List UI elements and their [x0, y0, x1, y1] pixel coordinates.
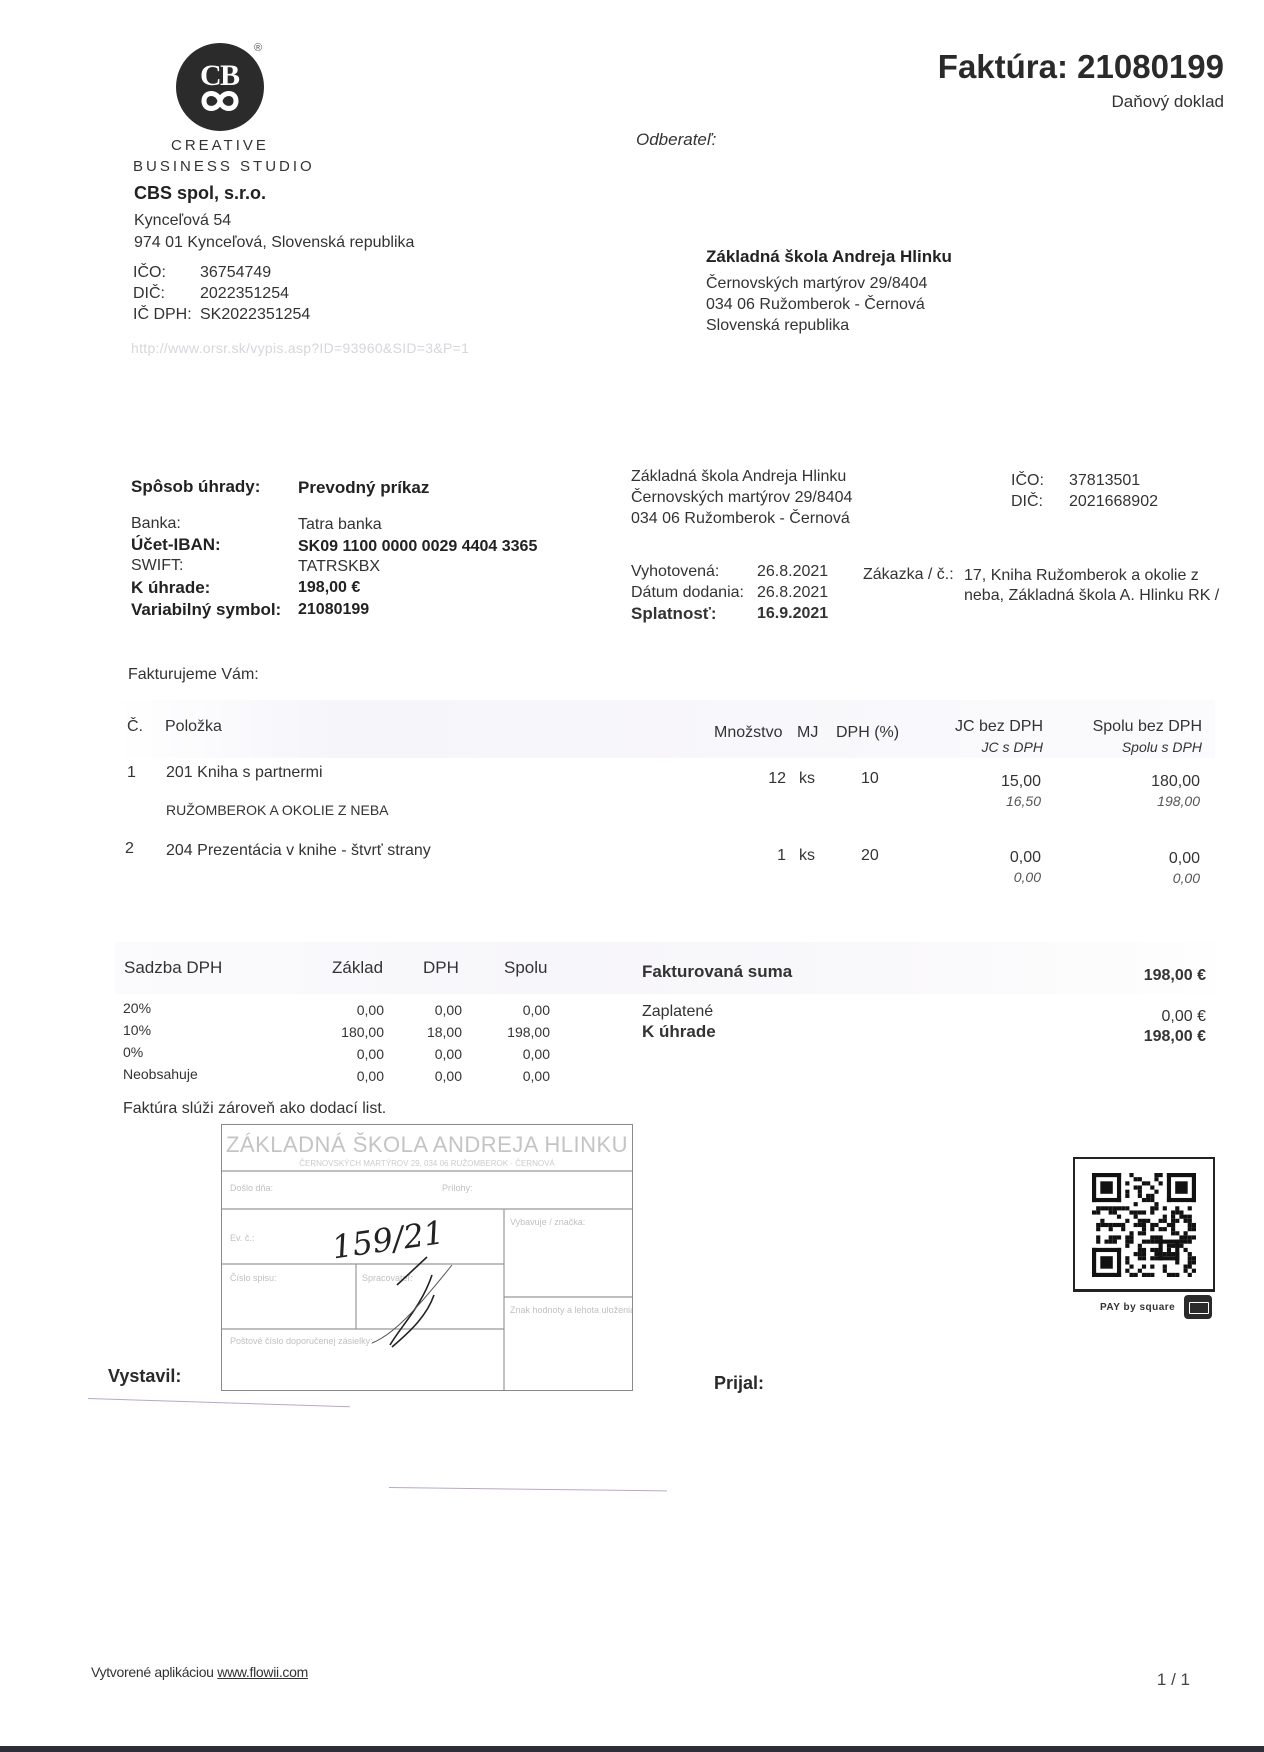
row2-vat: 20	[861, 847, 879, 865]
col-total: Spolu bez DPH	[1093, 718, 1202, 736]
supplier-dic-value: 2022351254	[200, 285, 289, 303]
row1-qty: 12	[768, 770, 786, 788]
received-by-label: Prijal:	[714, 1373, 764, 1394]
row2-total: 0,00	[1169, 850, 1200, 868]
svg-text:159/21: 159/21	[330, 1213, 447, 1266]
row1-no: 1	[127, 764, 136, 782]
invoiced-sum-value: 198,00 €	[1144, 967, 1206, 985]
vat-row-vat: 0,00	[435, 1002, 462, 1018]
vat-col-base: Základ	[332, 958, 383, 978]
row1-unit-price-vat: 16,50	[1006, 793, 1041, 809]
customer-city: 034 06 Ružomberok - Černová	[706, 296, 925, 314]
due-label: K úhrade	[642, 1022, 716, 1042]
vat-row-base: 0,00	[357, 1046, 384, 1062]
invoiced-sum-label: Fakturovaná suma	[642, 962, 792, 982]
col-item: Položka	[165, 718, 222, 736]
issue-date-value: 26.8.2021	[757, 563, 828, 581]
invoice-subtitle: Daňový doklad	[1112, 92, 1224, 112]
row1-total-vat: 198,00	[1157, 793, 1200, 809]
iban-value: SK09 1100 0000 0029 4404 3365	[298, 538, 537, 556]
row1-unit-price: 15,00	[1001, 773, 1041, 791]
footer-created-text: Vytvorené aplikáciou	[91, 1664, 214, 1680]
svg-text:Ev. č.:: Ev. č.:	[230, 1233, 254, 1243]
bank-label: Banka:	[131, 515, 181, 533]
due-value: 198,00 €	[1144, 1028, 1206, 1046]
flowii-link[interactable]: www.flowii.com	[217, 1664, 308, 1680]
svg-text:Znak hodnoty a lehota uloženia: Znak hodnoty a lehota uloženia:	[510, 1305, 632, 1315]
brand-line-1: CREATIVE	[171, 137, 269, 154]
svg-text:B: B	[220, 59, 240, 92]
vat-col-total: Spolu	[504, 958, 547, 978]
vat-row-total: 0,00	[523, 1046, 550, 1062]
supplier-street: Kynceľová 54	[134, 212, 231, 230]
items-header-band	[115, 700, 1215, 758]
swift-value: TATRSKBX	[298, 558, 380, 576]
supplier-ico-value: 36754749	[200, 264, 271, 282]
vat-row-rate: 0%	[123, 1044, 143, 1060]
row2-qty: 1	[777, 847, 786, 865]
row1-total: 180,00	[1151, 773, 1200, 791]
col-qty: Množstvo	[714, 724, 782, 742]
issue-date-label: Vyhotovená:	[631, 563, 719, 581]
items-intro: Fakturujeme Vám:	[128, 666, 259, 684]
customer-label: Odberateľ:	[636, 130, 716, 150]
svg-text:C: C	[200, 59, 222, 92]
row2-unit-price: 0,00	[1010, 849, 1041, 867]
svg-text:Prílohy:: Prílohy:	[442, 1183, 473, 1193]
col-unit: MJ	[797, 724, 818, 742]
vat-row-rate: Neobsahuje	[123, 1066, 198, 1082]
customer-country: Slovenská republika	[706, 317, 849, 335]
supplier-icdph-label: IČ DPH:	[133, 306, 192, 324]
payment-method-label: Spôsob úhrady:	[131, 477, 260, 497]
scan-edge	[0, 1746, 1264, 1752]
customer-name: Základná škola Andreja Hlinku	[706, 247, 952, 267]
col-unit-price: JC bez DPH	[955, 718, 1043, 736]
col-no: Č.	[127, 718, 143, 736]
variable-symbol-label: Variabilný symbol:	[131, 600, 281, 620]
qr-code-icon	[1092, 1173, 1196, 1277]
billing-ico-label: IČO:	[1011, 472, 1044, 490]
row2-unit: ks	[799, 847, 815, 865]
row2-name: 204 Prezentácia v knihe - štvrť strany	[166, 842, 431, 860]
issued-signature-line	[88, 1398, 350, 1407]
issued-by-label: Vystavil:	[108, 1366, 181, 1387]
vat-row-rate: 10%	[123, 1022, 151, 1038]
svg-text:ZÁKLADNÁ ŠKOLA ANDREJA HLINKU: ZÁKLADNÁ ŠKOLA ANDREJA HLINKU	[226, 1132, 628, 1157]
due-date-label: Splatnosť:	[631, 604, 717, 624]
iban-label: Účet-IBAN:	[131, 535, 221, 555]
vat-row-base: 0,00	[357, 1068, 384, 1084]
vat-row-vat: 0,00	[435, 1046, 462, 1062]
supplier-name: CBS spol, s.r.o.	[134, 183, 266, 204]
vat-row-base: 180,00	[341, 1024, 384, 1040]
row1-name: 201 Kniha s partnermi	[166, 764, 323, 782]
svg-text:Vybavuje / značka:: Vybavuje / značka:	[510, 1217, 585, 1227]
row1-note: RUŽOMBEROK A OKOLIE Z NEBA	[166, 802, 389, 818]
vat-row-total: 0,00	[523, 1068, 550, 1084]
paid-value: 0,00 €	[1162, 1008, 1206, 1026]
billing-ico-value: 37813501	[1069, 472, 1140, 490]
footer-credit: Vytvorené aplikáciou www.flowii.com	[91, 1664, 308, 1680]
received-signature-line	[389, 1487, 667, 1491]
vat-row-vat: 0,00	[435, 1068, 462, 1084]
row1-unit: ks	[799, 770, 815, 788]
billing-name: Základná škola Andreja Hlinku	[631, 468, 846, 486]
invoice-title: Faktúra: 21080199	[938, 48, 1224, 86]
variable-symbol-value: 21080199	[298, 601, 369, 619]
cbs-logo-icon: C B	[176, 43, 264, 131]
supplier-icdph-value: SK2022351254	[200, 306, 310, 324]
swift-label: SWIFT:	[131, 557, 183, 575]
registry-stamp: ZÁKLADNÁ ŠKOLA ANDREJA HLINKU ČERNOVSKÝC…	[221, 1124, 633, 1391]
svg-text:Poštové číslo doporučenej zási: Poštové číslo doporučenej zásielky:	[230, 1336, 373, 1346]
vat-row-base: 0,00	[357, 1002, 384, 1018]
qr-caption: PAY by square	[1100, 1302, 1175, 1313]
paid-label: Zaplatené	[642, 1003, 713, 1021]
bank-value: Tatra banka	[298, 516, 382, 534]
card-icon	[1184, 1295, 1212, 1319]
row2-total-vat: 0,00	[1173, 870, 1200, 886]
billing-street: Černovských martýrov 29/8404	[631, 489, 852, 507]
svg-text:ČERNOVSKÝCH MARTÝROV 29, 034 0: ČERNOVSKÝCH MARTÝROV 29, 034 06 RUŽOMBER…	[299, 1159, 555, 1168]
billing-dic-value: 2021668902	[1069, 493, 1158, 511]
order-label: Zákazka / č.:	[863, 566, 954, 584]
order-value: 17, Kniha Ružomberok a okolie z neba, Zá…	[964, 566, 1229, 606]
brand-line-2: BUSINESS STUDIO	[133, 158, 315, 175]
page-number: 1 / 1	[1157, 1670, 1190, 1690]
due-date-value: 16.9.2021	[757, 605, 828, 623]
supplier-dic-label: DIČ:	[133, 285, 165, 303]
delivery-date-value: 26.8.2021	[757, 584, 828, 602]
svg-text:Číslo spisu:: Číslo spisu:	[230, 1273, 277, 1283]
registered-mark: ®	[254, 42, 262, 54]
row2-unit-price-vat: 0,00	[1014, 869, 1041, 885]
billing-dic-label: DIČ:	[1011, 493, 1043, 511]
customer-street: Černovských martýrov 29/8404	[706, 275, 927, 293]
pay-by-square-qr	[1073, 1157, 1215, 1292]
vat-row-vat: 18,00	[427, 1024, 462, 1040]
svg-text:Došlo dňa:: Došlo dňa:	[230, 1183, 273, 1193]
company-logo: C B	[176, 43, 264, 131]
supplier-ico-label: IČO:	[133, 264, 166, 282]
vat-row-total: 0,00	[523, 1002, 550, 1018]
delivery-note: Faktúra slúži zároveň ako dodací list.	[123, 1100, 386, 1118]
col-vat: DPH (%)	[836, 724, 899, 742]
supplier-city: 974 01 Kynceľová, Slovenská republika	[134, 234, 414, 252]
vat-col-rate: Sadzba DPH	[124, 958, 222, 978]
registry-url-link[interactable]: http://www.orsr.sk/vypis.asp?ID=93960&SI…	[131, 340, 469, 356]
amount-due-label: K úhrade:	[131, 578, 210, 598]
col-total-vat: Spolu s DPH	[1122, 739, 1202, 755]
delivery-date-label: Dátum dodania:	[631, 584, 744, 602]
vat-row-total: 198,00	[507, 1024, 550, 1040]
row2-no: 2	[125, 840, 134, 858]
vat-row-rate: 20%	[123, 1000, 151, 1016]
billing-city: 034 06 Ružomberok - Černová	[631, 510, 850, 528]
amount-due-value: 198,00 €	[298, 579, 360, 597]
col-unit-price-vat: JC s DPH	[982, 739, 1043, 755]
row1-vat: 10	[861, 770, 879, 788]
vat-col-vat: DPH	[423, 958, 459, 978]
payment-method-value: Prevodný príkaz	[298, 478, 429, 498]
